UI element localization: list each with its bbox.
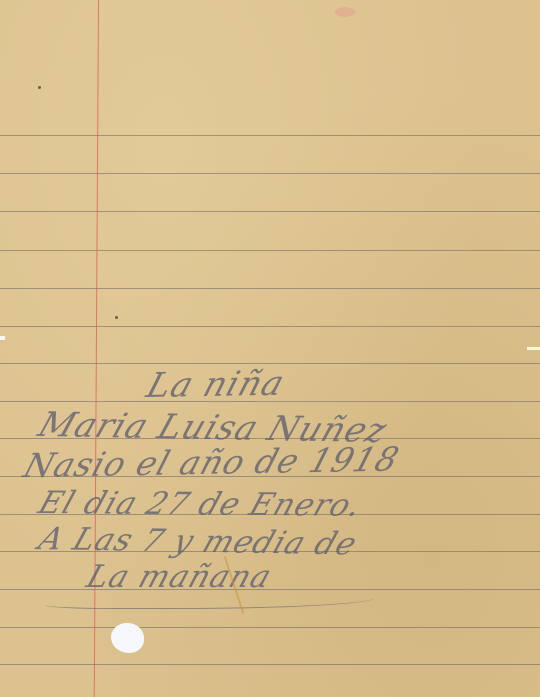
handwritten-line-5: A Las 7 y media de bbox=[34, 521, 362, 562]
ruled-line bbox=[0, 664, 540, 665]
ruled-line bbox=[0, 250, 540, 251]
handwritten-line-1: La niña bbox=[142, 364, 290, 407]
handwritten-line-4: El dia 27 de Enero. bbox=[34, 485, 367, 524]
ruled-line bbox=[0, 326, 540, 327]
ruled-line bbox=[0, 211, 540, 212]
handwritten-page: La niña Maria Luisa Nuñez Nasio el año d… bbox=[0, 0, 540, 697]
ink-stain bbox=[335, 7, 355, 17]
paper-speck bbox=[38, 86, 41, 89]
paper-edge-tear bbox=[0, 336, 5, 340]
paper-hole bbox=[111, 623, 144, 653]
signature-flourish bbox=[45, 590, 375, 609]
ruled-line bbox=[0, 135, 540, 136]
ruled-line bbox=[0, 627, 540, 628]
ruled-line bbox=[0, 173, 540, 174]
paper-speck bbox=[115, 316, 118, 319]
ruled-line bbox=[0, 288, 540, 289]
paper-edge-tear bbox=[527, 347, 540, 350]
handwritten-line-3: Nasio el año de 1918 bbox=[19, 439, 404, 485]
